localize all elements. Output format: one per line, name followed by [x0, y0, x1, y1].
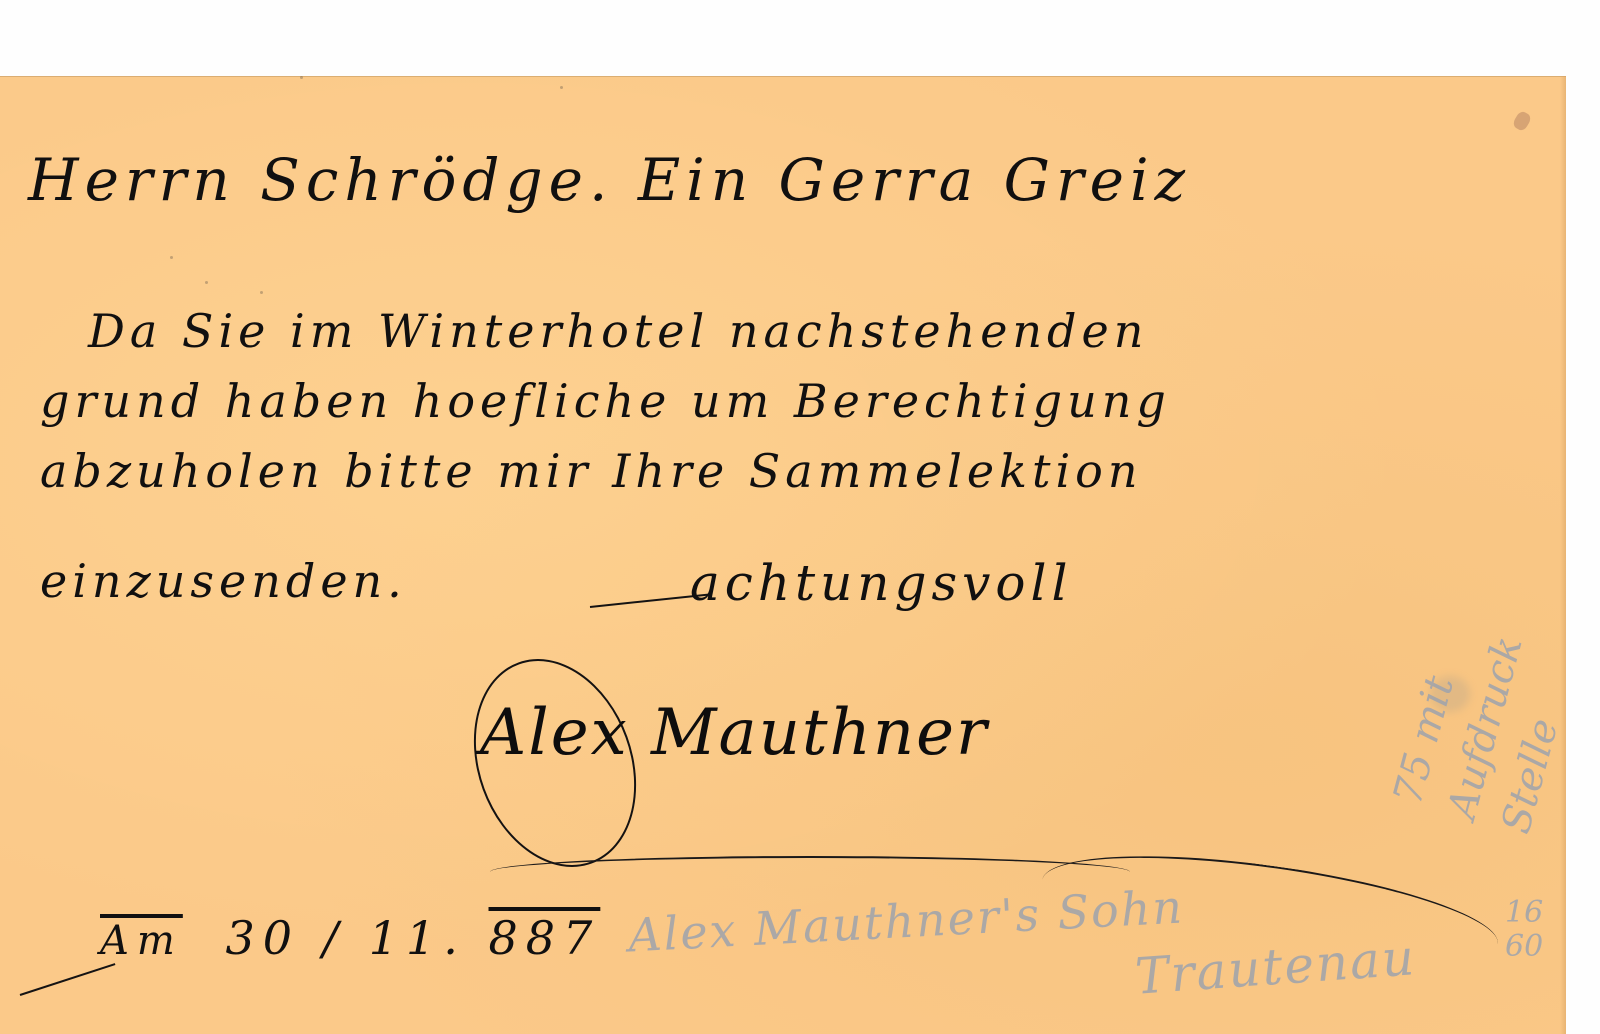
- date-lead-stroke: [20, 963, 116, 996]
- body-line-2: grund haben hoefliche um Berechtigung: [40, 374, 1171, 428]
- paper-stain: [1511, 110, 1532, 133]
- body-line-1: Da Sie im Winterhotel nachstehenden: [88, 304, 1148, 358]
- closing-word: achtungsvoll: [690, 554, 1073, 612]
- signature: Alex Mauthner: [480, 696, 989, 770]
- date-year: 887: [489, 911, 601, 965]
- card-edge: [1560, 76, 1566, 1034]
- pencil-note-vertical: 75 mit Aufdruck Stelle: [1380, 616, 1566, 840]
- pencil-note-code: 16 60: [1505, 896, 1543, 964]
- date-prefix: Am: [100, 918, 183, 964]
- scanned-postcard: Herrn Schrödge. Ein Gerra Greiz Da Sie i…: [0, 0, 1600, 1034]
- date-line: Am 30 / 11. 887: [100, 911, 600, 965]
- body-line-4: einzusenden.: [40, 554, 407, 608]
- postcard-surface: Herrn Schrödge. Ein Gerra Greiz Da Sie i…: [0, 76, 1566, 1034]
- pencil-note-sender: Alex Mauthner's Sohn: [627, 879, 1185, 962]
- signature-flourish: [490, 856, 1130, 888]
- salutation-line: Herrn Schrödge. Ein Gerra Greiz: [28, 146, 1191, 214]
- date-day-month: 30 / 11.: [225, 911, 465, 965]
- body-line-3: abzuholen bitte mir Ihre Sammelektion: [40, 444, 1143, 498]
